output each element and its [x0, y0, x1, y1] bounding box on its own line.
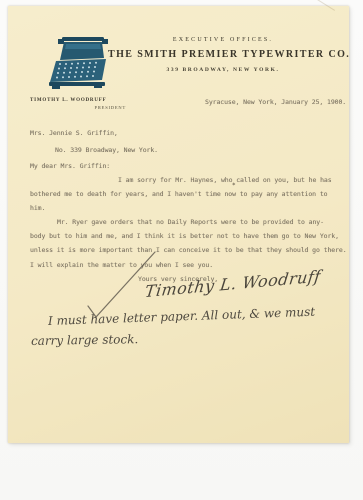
- dateline: Syracuse, New York, January 25, 1900.: [205, 98, 346, 106]
- annotation-mark: *: [232, 182, 236, 189]
- executive-offices-line: EXECUTIVE OFFICES.: [108, 37, 338, 43]
- postscript-line: carry large stock.: [31, 332, 139, 348]
- body-line: him.: [30, 204, 45, 212]
- salutation: My dear Mrs. Griffin:: [30, 162, 110, 170]
- body-line: I am sorry for Mr. Haynes, who called on…: [118, 176, 332, 184]
- body-line: bothered me to death for years, and I ha…: [30, 190, 327, 198]
- officer-title: PRESIDENT: [30, 105, 126, 110]
- body-line: Mr. Ryer gave orders that no Daily Repor…: [57, 218, 324, 226]
- letterhead: EXECUTIVE OFFICES. THE SMITH PREMIER TYP…: [108, 37, 338, 73]
- body-line: body but to him and me, and I think it i…: [30, 232, 339, 240]
- postscript-line: I must have letter paper. All out, & we …: [48, 305, 316, 328]
- company-address: 339 BROADWAY, NEW YORK.: [108, 67, 338, 73]
- recipient-name: Mrs. Jennie S. Griffin,: [30, 129, 118, 137]
- body-line: I will explain the matter to you when I …: [30, 261, 213, 269]
- company-name: THE SMITH PREMIER TYPEWRITER CO.: [108, 49, 338, 60]
- officer-block: TIMOTHY L. WOODRUFF PRESIDENT: [30, 98, 126, 110]
- signature: Timothy L. Woodruff: [144, 266, 322, 301]
- recipient-address: No. 339 Broadway, New York.: [55, 146, 158, 154]
- body-line: unless it is more important than I can c…: [30, 246, 347, 254]
- letter-paper: TIMOTHY L. WOODRUFF PRESIDENT EXECUTIVE …: [8, 6, 349, 443]
- officer-name: TIMOTHY L. WOODRUFF: [30, 98, 126, 103]
